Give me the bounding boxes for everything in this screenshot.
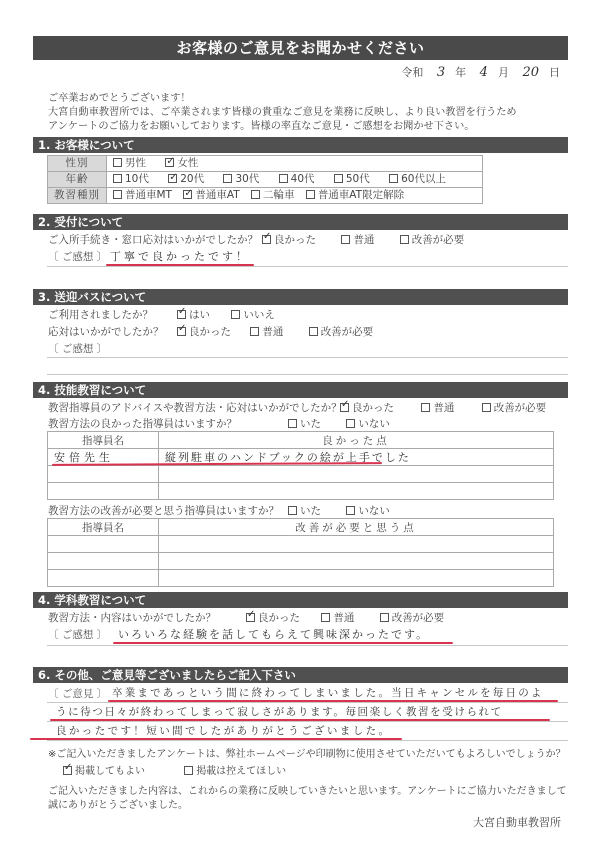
section-5-header: 4. 学科教習について (33, 592, 568, 608)
other-comment-label: 〔 ご意見 〕 (48, 686, 107, 701)
reception-comment-label: 〔 ご感想 〕 (48, 249, 107, 264)
table-header-row: 指導員名 改善が必要と思う点 (48, 519, 554, 536)
table-row (48, 466, 554, 483)
comment-line (47, 266, 568, 267)
good-instructor-table: 指導員名 良かった点 安倍先生 縦列駐車のハンドブックの絵が上手でした (47, 431, 554, 500)
date-year[interactable]: 3 (437, 65, 445, 80)
comment-line (47, 702, 568, 703)
table-row (48, 570, 554, 587)
other-comment-line-1[interactable]: 卒業まであっという間に終わってしまいました。当日キャンセルを毎日のよ (112, 685, 544, 700)
checkbox-lecture-improve[interactable]: 改善が必要 (380, 612, 445, 624)
section-4-header: 4. 技能教習について (33, 382, 568, 398)
checkbox-icon (309, 327, 318, 336)
comment-line (47, 740, 568, 741)
checkbox-lecture-good[interactable]: 良かった (246, 612, 300, 624)
checkbox-bus-good[interactable]: 良かった (177, 326, 231, 338)
checkbox-mt[interactable]: 普通車MT (113, 189, 172, 201)
checkbox-checked-icon (262, 235, 271, 244)
table-row (48, 536, 554, 553)
improve-point-cell[interactable] (159, 553, 554, 570)
checkbox-lecture-normal[interactable]: 普通 (321, 612, 354, 624)
checkbox-skill-good[interactable]: 良かった (340, 402, 394, 414)
good-instructor-options: いた いない (288, 416, 406, 431)
label-gender: 性別 (48, 156, 107, 172)
lecture-comment-label: 〔 ご感想 〕 (48, 627, 107, 642)
good-instructor-question: 教習方法の良かった指導員はいますか？ (48, 416, 237, 431)
checkbox-improve-instructor-no[interactable]: いない (346, 505, 390, 517)
checkbox-icon (400, 235, 409, 244)
lecture-question: 教習方法・内容はいかがでしたか？ (48, 610, 216, 625)
checkbox-age-60s-plus[interactable]: 60代以上 (389, 173, 446, 185)
checkbox-bus-yes[interactable]: はい (177, 309, 210, 321)
section-1-header: 1. お客様について (33, 137, 568, 153)
instructor-name-cell[interactable] (48, 483, 159, 500)
section-2-header: 2. 受付について (33, 214, 568, 230)
checkbox-icon (421, 403, 430, 412)
checkbox-icon (334, 174, 343, 183)
good-point-cell[interactable] (159, 483, 554, 500)
checkbox-age-50s[interactable]: 50代 (334, 173, 370, 185)
checkbox-checked-icon (246, 613, 255, 622)
reception-options: 良かった 普通 改善が必要 (262, 232, 480, 247)
checkbox-icon (279, 174, 288, 183)
reception-question: ご入所手続き・窓口応対はいかがでしたか？ (48, 232, 258, 247)
comment-line (47, 721, 568, 722)
checkbox-icon (380, 613, 389, 622)
checkbox-icon (251, 190, 260, 199)
checkbox-icon (231, 310, 240, 319)
checkbox-icon (288, 419, 297, 428)
bus-use-options: はい いいえ (177, 307, 291, 322)
date-year-unit: 年 (455, 66, 466, 79)
instructor-name-cell[interactable] (48, 570, 159, 587)
checkbox-checked-icon (63, 766, 72, 775)
checkbox-age-10s[interactable]: 10代 (113, 173, 149, 185)
checkbox-at[interactable]: 普通車AT (183, 189, 239, 201)
checkbox-at-limit-removal[interactable]: 普通車AT限定解除 (306, 189, 404, 201)
checkbox-checked-icon (177, 310, 186, 319)
checkbox-icon (389, 174, 398, 183)
table-header-row: 指導員名 良かった点 (48, 432, 554, 449)
date-month-unit: 月 (498, 66, 509, 79)
checkbox-checked-icon (177, 327, 186, 336)
checkbox-good-instructor-yes[interactable]: いた (288, 418, 321, 430)
checkbox-reception-improve[interactable]: 改善が必要 (400, 234, 465, 246)
checkbox-icon (113, 190, 122, 199)
comment-line (47, 645, 568, 646)
intro-text: ご卒業おめでとうございます！ 大宮自動車教習所では、ご卒業されます皆様の貴重なご… (48, 92, 517, 134)
bus-service-question: 応対はいかがでしたか？ (48, 324, 164, 339)
table-row-age: 年齢 10代 20代 30代 40代 50代 60代以上 (48, 172, 483, 188)
bus-use-question: ご利用されましたか？ (48, 307, 153, 322)
checkbox-age-40s[interactable]: 40代 (279, 173, 315, 185)
checkbox-male[interactable]: 男性 (113, 157, 146, 169)
checkbox-icon (113, 174, 122, 183)
comment-line (47, 374, 568, 375)
checkbox-reception-normal[interactable]: 普通 (341, 234, 374, 246)
checkbox-icon (346, 506, 355, 515)
table-row-course: 教習種別 普通車MT 普通車AT 二輪車 普通車AT限定解除 (48, 188, 483, 204)
improve-point-cell[interactable] (159, 570, 554, 587)
thanks-line-1: ご記入いただきました内容は、これからの業務に反映していきたいと思います。アンケー… (48, 785, 567, 799)
skill-instruction-options: 良かった 普通 改善が必要 (340, 400, 562, 415)
checkbox-reception-good[interactable]: 良かった (262, 234, 316, 246)
intro-line-1: ご卒業おめでとうございます！ (48, 92, 517, 106)
improve-instructor-options: いた いない (288, 503, 406, 518)
checkbox-checked-icon (168, 174, 177, 183)
intro-line-2: 大宮自動車教習所では、ご卒業されます皆様の貴重なご意見を業務に反映し、より良い教… (48, 106, 517, 120)
checkbox-improve-instructor-yes[interactable]: いた (288, 505, 321, 517)
checkbox-icon (306, 190, 315, 199)
column-header-instructor: 指導員名 (48, 519, 159, 536)
intro-line-3: アンケートのご協力をお願いしております。皆様の率直なご意見・ご感想をお聞かせ下さ… (48, 120, 517, 134)
improve-instructor-question: 教習方法の改善が必要と思う指導員はいますか？ (48, 503, 279, 518)
table-row (48, 483, 554, 500)
checkbox-icon (321, 613, 330, 622)
table-row (48, 553, 554, 570)
date-field: 令和 3年 4月 20日 (401, 64, 560, 80)
table-row-gender: 性別 男性 女性 (48, 156, 483, 172)
thanks-text: ご記入いただきました内容は、これからの業務に反映していきたいと思います。アンケー… (48, 785, 567, 813)
checkbox-skill-normal[interactable]: 普通 (421, 402, 454, 414)
checkbox-good-instructor-no[interactable]: いない (346, 418, 390, 430)
checkbox-checked-icon (183, 190, 192, 199)
improve-instructor-table: 指導員名 改善が必要と思う点 (47, 518, 554, 587)
date-month[interactable]: 4 (480, 65, 488, 80)
label-course-type: 教習種別 (48, 188, 107, 204)
checkbox-icon (113, 158, 122, 167)
bus-service-options: 良かった 普通 改善が必要 (177, 324, 389, 339)
school-name: 大宮自動車教習所 (473, 814, 561, 830)
checkbox-icon (184, 766, 193, 775)
column-header-improve-points: 改善が必要と思う点 (159, 519, 554, 536)
consent-question: ※ご記入いただきましたアンケートは、弊社ホームページや印刷物に使用させていただい… (48, 748, 566, 762)
checkbox-female[interactable]: 女性 (165, 157, 198, 169)
checkbox-bus-improve[interactable]: 改善が必要 (309, 326, 374, 338)
checkbox-icon (288, 506, 297, 515)
checkbox-icon (223, 174, 232, 183)
other-comment-line-3[interactable]: 良かったです！短い間でしたがありがとうございました。 (56, 723, 391, 738)
reception-comment[interactable]: 丁寧で良かったです！ (110, 248, 250, 264)
checkbox-bus-normal[interactable]: 普通 (250, 326, 283, 338)
date-day[interactable]: 20 (522, 65, 539, 80)
label-age: 年齢 (48, 172, 107, 188)
checkbox-icon (346, 419, 355, 428)
checkbox-motorcycle[interactable]: 二輪車 (251, 189, 295, 201)
instructor-name-cell[interactable] (48, 553, 159, 570)
consent-options: 掲載してもよい 掲載は控えてほしい (63, 762, 302, 777)
column-header-good-points: 良かった点 (159, 432, 554, 449)
date-day-unit: 日 (549, 66, 560, 79)
checkbox-checked-icon (340, 403, 349, 412)
checkbox-skill-improve[interactable]: 改善が必要 (482, 402, 547, 414)
lecture-options: 良かった 普通 改善が必要 (246, 610, 460, 625)
section-3-header: 3. 送迎バスについて (33, 289, 568, 305)
checkbox-icon (250, 327, 259, 336)
checkbox-icon (482, 403, 491, 412)
checkbox-checked-icon (165, 158, 174, 167)
bus-comment-label: 〔 ご感想 〕 (48, 341, 107, 356)
good-point-cell[interactable] (159, 466, 554, 483)
thanks-line-2: 誠にありがとうございました。 (48, 799, 567, 813)
instructor-name-cell[interactable] (48, 466, 159, 483)
lecture-comment[interactable]: いろいろな経験を話してもらえて興味深かったです。 (118, 626, 429, 642)
checkbox-bus-no[interactable]: いいえ (231, 309, 275, 321)
checkbox-icon (341, 235, 350, 244)
skill-instruction-question: 教習指導員のアドバイスや教習方法・応対はいかがでしたか？ (48, 400, 342, 415)
comment-line (47, 357, 568, 358)
date-era: 令和 (401, 66, 423, 79)
checkbox-age-30s[interactable]: 30代 (223, 173, 259, 185)
red-underline (113, 642, 453, 644)
column-header-instructor: 指導員名 (48, 432, 159, 449)
instructor-name-cell[interactable] (48, 536, 159, 553)
section-6-header: 6. その他、ご意見等ございましたらご記入下さい (33, 667, 568, 683)
checkbox-consent-allow[interactable]: 掲載してもよい (63, 766, 145, 777)
checkbox-consent-decline[interactable]: 掲載は控えてほしい (184, 766, 286, 777)
form-title: お客様のご意見をお聞かせください (33, 36, 568, 60)
checkbox-age-20s[interactable]: 20代 (168, 173, 204, 185)
customer-info-table: 性別 男性 女性 年齢 10代 20代 30代 40代 50代 60代以上 教習… (47, 155, 483, 204)
improve-point-cell[interactable] (159, 536, 554, 553)
other-comment-line-2[interactable]: うに待つ日々が終わってしまって寂しさがあります。毎回楽しく教習を受けられて (56, 704, 503, 719)
